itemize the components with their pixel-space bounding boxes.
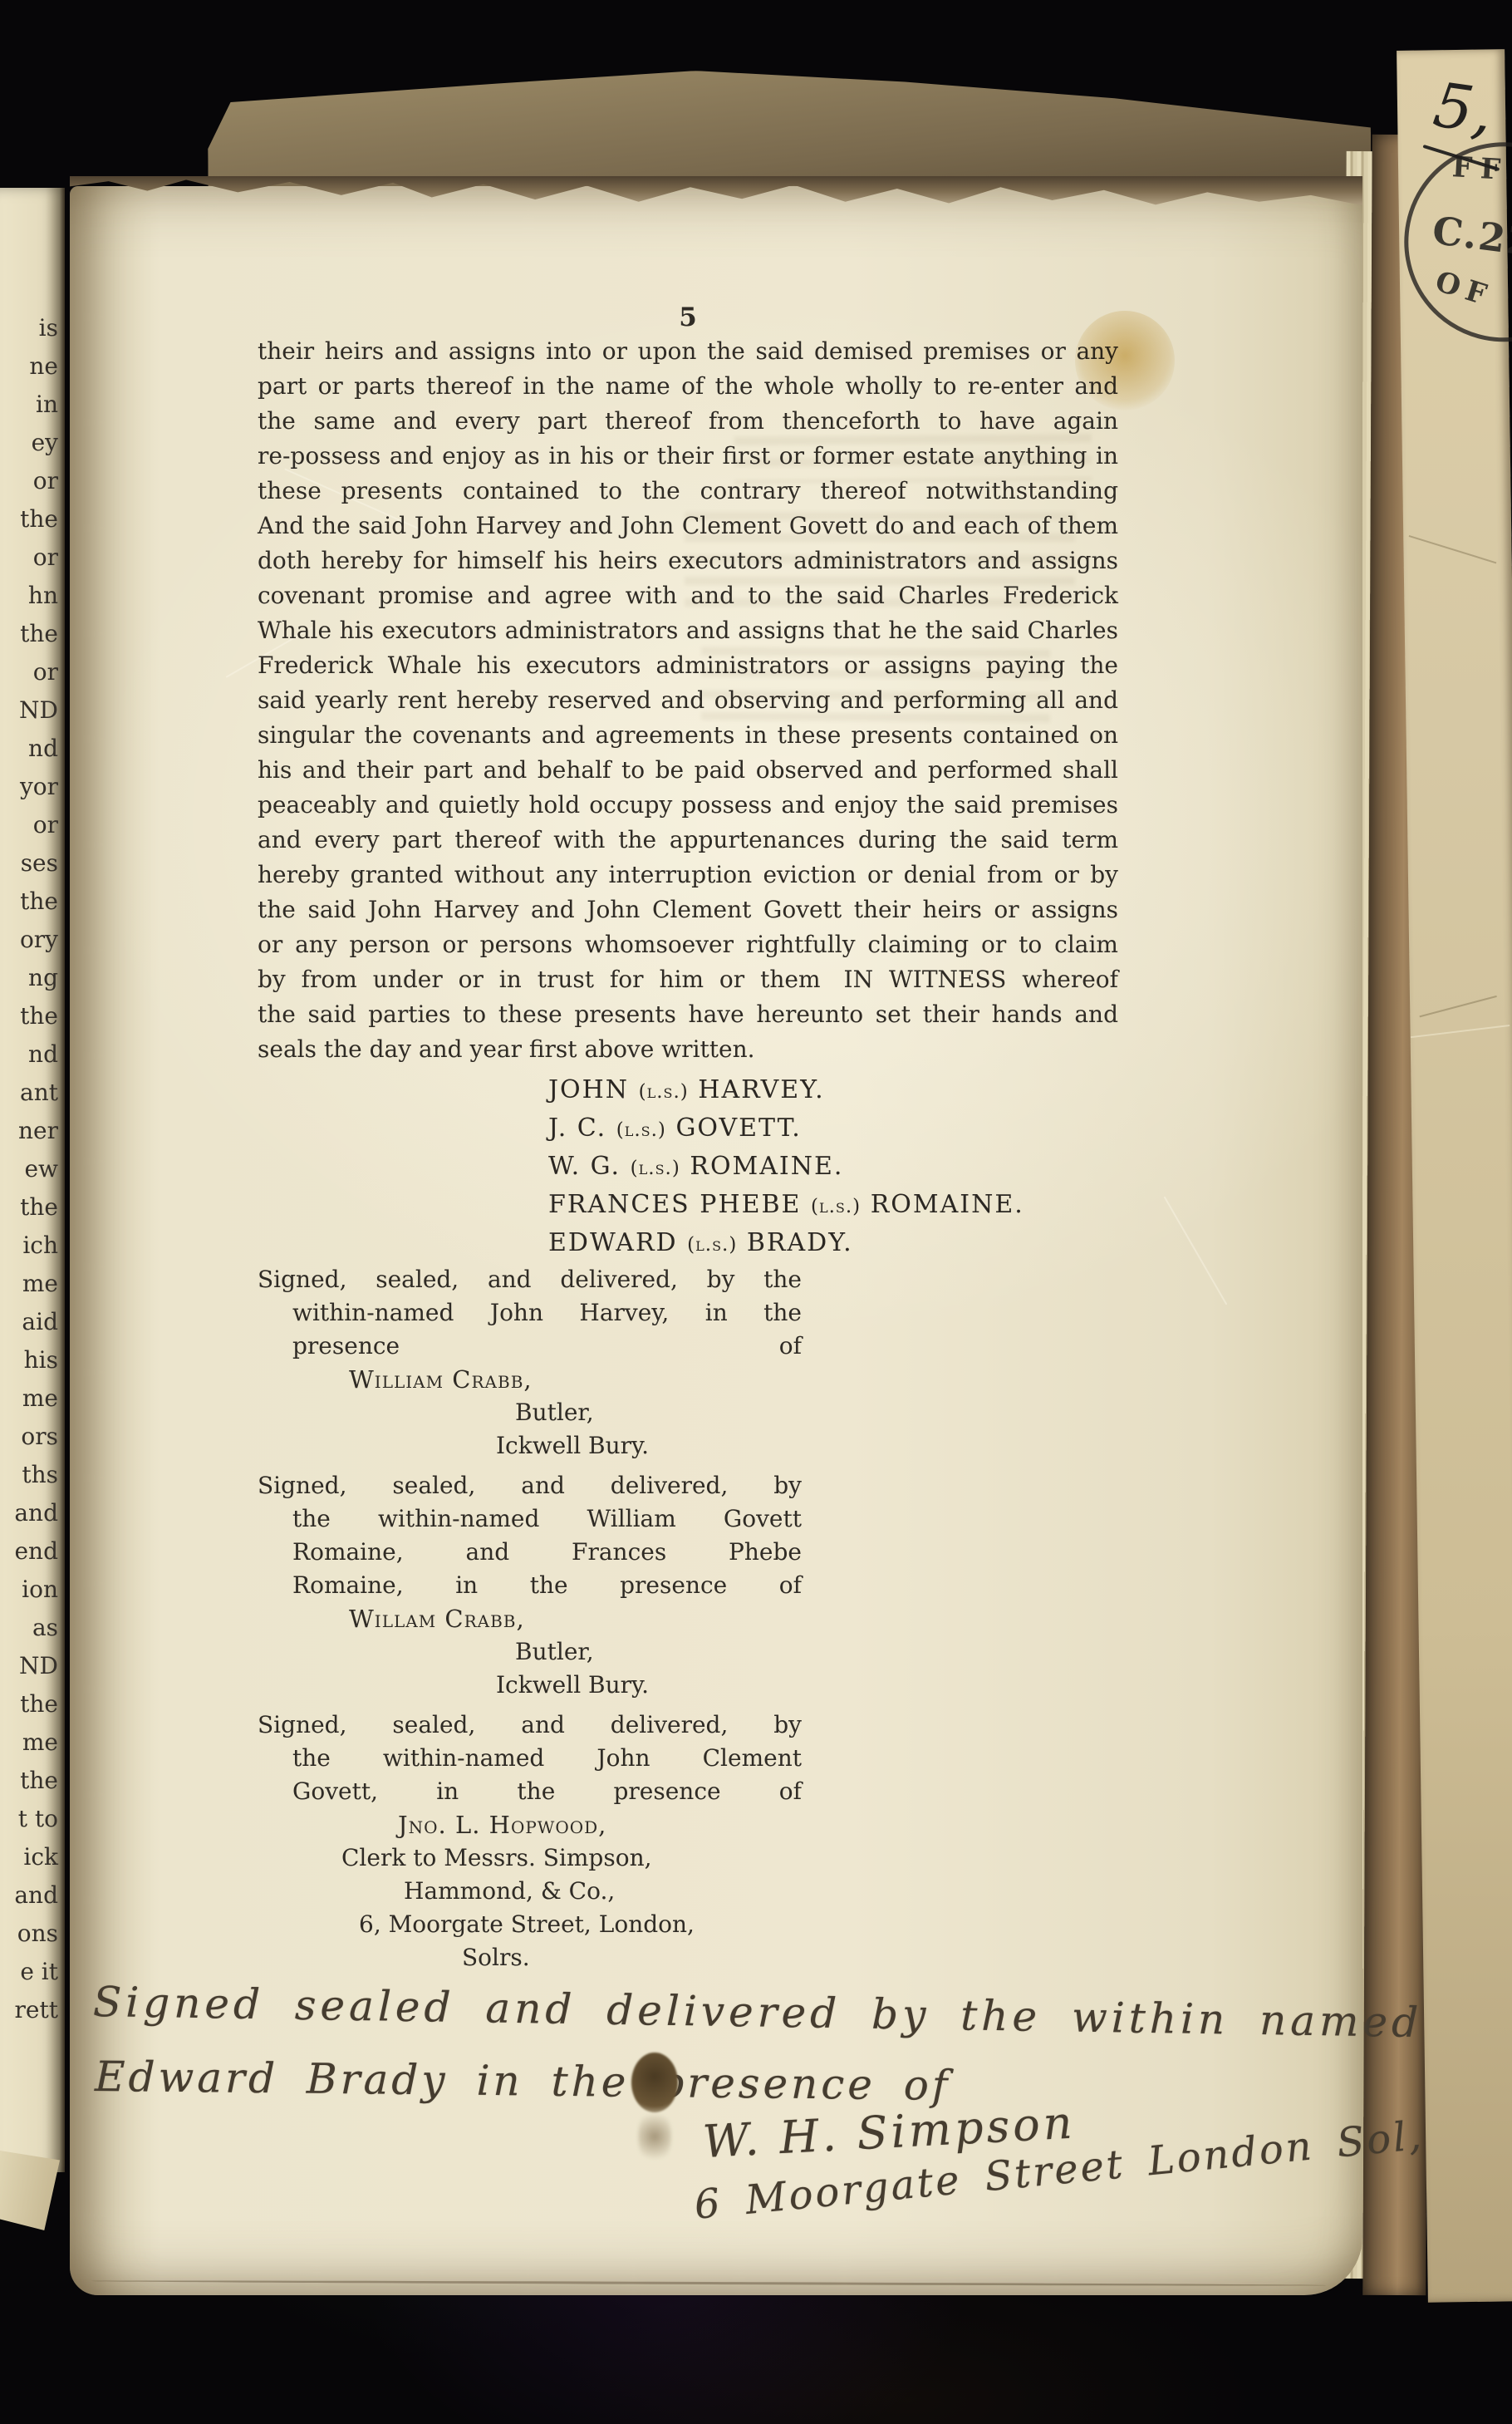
seal-abbreviation: (l.s.) xyxy=(639,1081,689,1103)
body-text: their heirs and assigns into or upon the… xyxy=(258,334,1118,1067)
cut-off-text-fragment: rett xyxy=(0,1991,58,2029)
cut-off-text-fragment: the xyxy=(0,1685,58,1723)
cut-off-text-fragment: the xyxy=(0,883,58,921)
body-text-line: covenant promise and agree with and to t… xyxy=(258,578,1118,613)
body-text-line: their heirs and assigns into or upon the… xyxy=(258,334,1118,369)
cut-off-text-fragment: me xyxy=(0,1265,58,1303)
cut-off-text-fragment: me xyxy=(0,1723,58,1762)
body-text-line: Whale his executors administrators and a… xyxy=(258,613,1118,648)
cut-off-text-fragment: as xyxy=(0,1609,58,1647)
body-text-line: the same and every part thereof from the… xyxy=(258,404,1118,439)
cut-off-text-fragment: ors xyxy=(0,1418,58,1456)
cut-off-text-fragment: nd xyxy=(0,730,58,768)
cut-off-text-fragment: or xyxy=(0,462,58,500)
attestation-line: Hammond, & Co., xyxy=(404,1875,802,1908)
page-number: 5 xyxy=(258,302,1118,332)
signatory-surname: ROMAINE. xyxy=(690,1152,843,1181)
body-text-line: the said parties to these presents have … xyxy=(258,997,1118,1032)
attestation-line: Signed, sealed, and delivered, by xyxy=(258,1709,802,1742)
attestation-line: within-named John Harvey, in the xyxy=(292,1296,802,1330)
body-text-line: re-possess and enjoy as in his or their … xyxy=(258,439,1118,474)
signatory-forename: EDWARD xyxy=(548,1228,678,1257)
cut-off-text-fragment: in xyxy=(0,386,58,424)
seal-abbreviation: (l.s.) xyxy=(631,1158,680,1179)
handwritten-attestation-line-2: Edward Brady in the presence of xyxy=(95,2053,951,2110)
attestation-line: the within-named John Clement xyxy=(292,1742,802,1775)
cut-off-text-fragment: me xyxy=(0,1379,58,1418)
body-text-line: the said John Harvey and John Clement Go… xyxy=(258,892,1118,927)
signatory-forename: W. G. xyxy=(548,1152,621,1181)
body-text-line: and every part thereof with the appurten… xyxy=(258,823,1118,858)
signatory-forename: JOHN xyxy=(548,1075,629,1104)
body-text-line: doth hereby for himself his heirs execut… xyxy=(258,543,1118,578)
circular-stamp: FF C.22 OF xyxy=(1387,125,1512,359)
cut-off-text-fragment: ich xyxy=(0,1227,58,1265)
cut-off-text-fragment: hn xyxy=(0,577,58,615)
signature-block: JOHN (l.s.) HARVEY.J. C. (l.s.) GOVETT.W… xyxy=(548,1072,1024,1263)
body-text-line: peaceably and quietly hold occupy posses… xyxy=(258,788,1118,823)
cut-off-text-column: isneineyortheorhntheorNDndyororsestheory… xyxy=(0,309,61,2029)
attestation-line: Ickwell Bury. xyxy=(496,1429,802,1463)
yellow-stain xyxy=(1075,311,1175,411)
attestation-line: Butler, xyxy=(515,1396,802,1429)
document-page: 5 their heirs and assigns into or upon t… xyxy=(70,186,1362,2295)
paper-scratch xyxy=(1164,1197,1228,1305)
cut-off-text-fragment: yor xyxy=(0,768,58,806)
attestation-line: Willam Crabb, xyxy=(349,1602,802,1635)
cut-off-text-fragment: the xyxy=(0,615,58,653)
cut-off-text-fragment: is xyxy=(0,309,58,347)
cut-off-text-fragment: t to xyxy=(0,1800,58,1838)
stamp-code: C.22 xyxy=(1430,208,1512,265)
cut-off-text-fragment: and xyxy=(0,1876,58,1915)
attestation-line: Signed, sealed, and delivered, by the xyxy=(258,1263,802,1296)
cut-off-text-fragment: the xyxy=(0,997,58,1035)
ink-blot-smudge xyxy=(638,2107,671,2166)
attestation-line: 6, Moorgate Street, London, xyxy=(359,1908,802,1941)
signatory-forename: J. C. xyxy=(548,1114,606,1143)
cut-off-text-fragment: his xyxy=(0,1341,58,1379)
body-text-line: his and their part and behalf to be paid… xyxy=(258,753,1118,788)
seal-abbreviation: (l.s.) xyxy=(616,1119,666,1141)
cut-off-text-fragment: ND xyxy=(0,691,58,730)
signature-line: J. C. (l.s.) GOVETT. xyxy=(548,1110,1024,1148)
cut-off-text-fragment: or xyxy=(0,806,58,844)
wrinkle-line xyxy=(1419,996,1496,1017)
seal-abbreviation: (l.s.) xyxy=(687,1234,737,1256)
body-text-line: hereby granted without any interruption … xyxy=(258,858,1118,892)
torn-top-edge xyxy=(70,176,1362,213)
attestation-line: presence of xyxy=(292,1330,802,1363)
cut-off-text-fragment: ses xyxy=(0,844,58,883)
ink-blot xyxy=(631,2053,678,2112)
signature-line: W. G. (l.s.) ROMAINE. xyxy=(548,1148,1024,1187)
body-text-line: said yearly rent hereby reserved and obs… xyxy=(258,683,1118,718)
seal-abbreviation: (l.s.) xyxy=(811,1196,861,1217)
cut-off-text-fragment: ons xyxy=(0,1915,58,1953)
body-text-line: seals the day and year first above writt… xyxy=(258,1032,1118,1067)
attestation-line: William Crabb, xyxy=(349,1363,802,1396)
cut-off-text-fragment: ng xyxy=(0,959,58,997)
cut-off-text-fragment: ick xyxy=(0,1838,58,1876)
facing-page-sliver: isneineyortheorhntheorNDndyororsestheory… xyxy=(0,188,65,2172)
cut-off-text-fragment: and xyxy=(0,1494,58,1532)
signature-line: JOHN (l.s.) HARVEY. xyxy=(548,1072,1024,1110)
signatory-surname: GOVETT. xyxy=(675,1114,801,1143)
cut-off-text-fragment: ths xyxy=(0,1456,58,1494)
handwritten-folio-number: 5, xyxy=(1429,69,1497,148)
body-text-line: Frederick Whale his executors administra… xyxy=(258,648,1118,683)
body-text-line: singular the covenants and agreements in… xyxy=(258,718,1118,753)
stamp-arc-bottom: OF xyxy=(1431,265,1496,314)
cut-off-text-fragment: ne xyxy=(0,347,58,386)
body-text-line: by from under or in trust for him or the… xyxy=(258,962,1118,997)
signatory-surname: HARVEY. xyxy=(698,1075,824,1104)
cut-off-text-fragment: or xyxy=(0,538,58,577)
signature-line: EDWARD (l.s.) BRADY. xyxy=(548,1225,1024,1263)
body-text-line: these presents contained to the contrary… xyxy=(258,474,1118,509)
cut-off-text-fragment: the xyxy=(0,1762,58,1800)
stamp-arc-top: FF xyxy=(1451,150,1510,187)
signatory-forename: FRANCES PHEBE xyxy=(548,1190,801,1219)
attestation-line: Ickwell Bury. xyxy=(496,1669,802,1702)
signatory-surname: BRADY. xyxy=(747,1228,853,1257)
attestation-line: Clerk to Messrs. Simpson, xyxy=(341,1841,802,1875)
cut-off-text-fragment: ion xyxy=(0,1571,58,1609)
attestation-line: Romaine, in the presence of xyxy=(292,1569,802,1602)
attestation-line: Solrs. xyxy=(462,1941,802,1974)
attestation-line: Romaine, and Frances Phebe xyxy=(292,1536,802,1569)
cut-off-text-fragment: the xyxy=(0,1188,58,1227)
wrinkle-line xyxy=(1409,535,1497,563)
body-text-line: And the said John Harvey and John Clemen… xyxy=(258,509,1118,543)
attestation-line: Govett, in the presence of xyxy=(292,1775,802,1808)
body-text-line: or any person or persons whomsoever righ… xyxy=(258,927,1118,962)
attestation-line: Butler, xyxy=(515,1635,802,1669)
signature-line: FRANCES PHEBE (l.s.) ROMAINE. xyxy=(548,1187,1024,1225)
cut-off-text-fragment: ey xyxy=(0,424,58,462)
cut-off-text-fragment: the xyxy=(0,500,58,538)
cut-off-text-fragment: end xyxy=(0,1532,58,1571)
attestation-block: Signed, sealed, and delivered, by thewit… xyxy=(258,1263,802,1974)
attestation-line: Signed, sealed, and delivered, by xyxy=(258,1469,802,1502)
attestation-line: the within-named William Govett xyxy=(292,1502,802,1536)
cut-off-text-fragment: ND xyxy=(0,1647,58,1685)
attestation-line: Jno. L. Hopwood, xyxy=(398,1808,802,1841)
book-scan: 5, FF C.22 OF isneineyortheorhntheorNDnd… xyxy=(0,0,1512,2424)
cut-off-text-fragment: nd xyxy=(0,1035,58,1074)
cut-off-text-fragment: aid xyxy=(0,1303,58,1341)
facing-page-corner xyxy=(0,2151,60,2230)
cut-off-text-fragment: ant xyxy=(0,1074,58,1112)
cut-off-text-fragment: ew xyxy=(0,1150,58,1188)
cut-off-text-fragment: ory xyxy=(0,921,58,959)
cut-off-text-fragment: e it xyxy=(0,1953,58,1991)
cut-off-text-fragment: or xyxy=(0,653,58,691)
wrinkle-highlight xyxy=(1411,1025,1510,1038)
handwritten-attestation-line-1: Signed sealed and delivered by the withi… xyxy=(93,1978,1423,2047)
body-text-line: part or parts thereof in the name of the… xyxy=(258,369,1118,404)
signatory-surname: ROMAINE. xyxy=(871,1190,1024,1219)
cut-off-text-fragment: ner xyxy=(0,1112,58,1150)
